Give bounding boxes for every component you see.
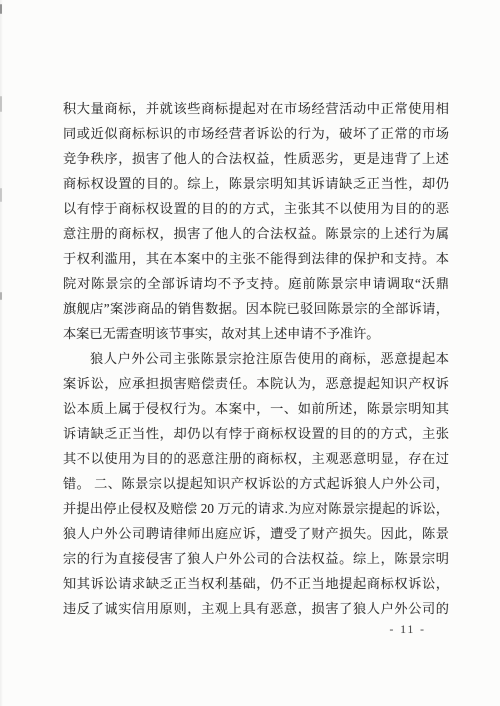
document-line: 知其诉讼请求缺乏正当权利基础，仍不正当地提起商标权诉讼， [63, 571, 449, 596]
judgment-text-block: 积大量商标，并就该些商标提起对在市场经营活动中正常使用相同或近似商标标识的市场经… [63, 96, 449, 621]
document-line: 违反了诚实信用原则，主观上具有恶意，损害了狼人户外公司的 [63, 596, 449, 621]
scan-artifact [0, 292, 2, 300]
scan-artifact [0, 96, 2, 112]
document-line: 诉请缺乏正当性，却仍以有悖于商标权设置的目的的方式，主张 [63, 421, 449, 446]
document-line: 商标权设置的目的。综上，陈景宗明知其诉请缺乏正当性，却仍 [63, 171, 449, 196]
document-line: 本案已无需查明该节事实，故对其上述申请不予准许。 [63, 321, 449, 346]
scan-artifact [0, 4, 2, 14]
document-line: 其不以使用为目的的恶意注册的商标权，主观恶意明显，存在过 [63, 446, 449, 471]
document-line: 意注册的商标权，损害了他人的合法权益。陈景宗的上述行为属 [63, 221, 449, 246]
document-line: 院对陈景宗的全部诉请均不予支持。庭前陈景宗申请调取“沃鼎 [63, 271, 449, 296]
document-line: 同或近似商标标识的市场经营者诉讼的行为，破坏了正常的市场 [63, 121, 449, 146]
document-line: 讼本质上属于侵权行为。本案中，一、如前所述，陈景宗明知其 [63, 396, 449, 421]
page-number: - 11 - [390, 624, 426, 636]
document-line: 狼人户外公司主张陈景宗抢注原告使用的商标，恶意提起本 [63, 346, 449, 371]
document-line: 并提出停止侵权及赔偿 20 万元的请求.为应对陈景宗提起的诉讼， [63, 496, 449, 521]
document-line: 狼人户外公司聘请律师出庭应诉，遭受了财产损失。因此，陈景 [63, 521, 449, 546]
document-line: 旗舰店”案涉商品的销售数据。因本院已驳回陈景宗的全部诉请， [63, 296, 449, 321]
document-line: 于权利滥用，其在本案中的主张不能得到法律的保护和支持。本 [63, 246, 449, 271]
document-line: 错。 二、陈景宗以提起知识产权诉讼的方式起诉狼人户外公司， [63, 471, 449, 496]
document-line: 积大量商标，并就该些商标提起对在市场经营活动中正常使用相 [63, 96, 449, 121]
document-line: 竞争秩序，损害了他人的合法权益，性质恶劣，更是违背了上述 [63, 146, 449, 171]
scanned-judgment-page: 积大量商标，并就该些商标提起对在市场经营活动中正常使用相同或近似商标标识的市场经… [0, 0, 500, 706]
document-line: 宗的行为直接侵害了狼人户外公司的合法权益。综上，陈景宗明 [63, 546, 449, 571]
scan-artifact [0, 188, 2, 202]
document-line: 案诉讼，应承担损害赔偿责任。本院认为，恶意提起知识产权诉 [63, 371, 449, 396]
document-line: 以有悖于商标权设置的目的的方式，主张其不以使用为目的的恶 [63, 196, 449, 221]
